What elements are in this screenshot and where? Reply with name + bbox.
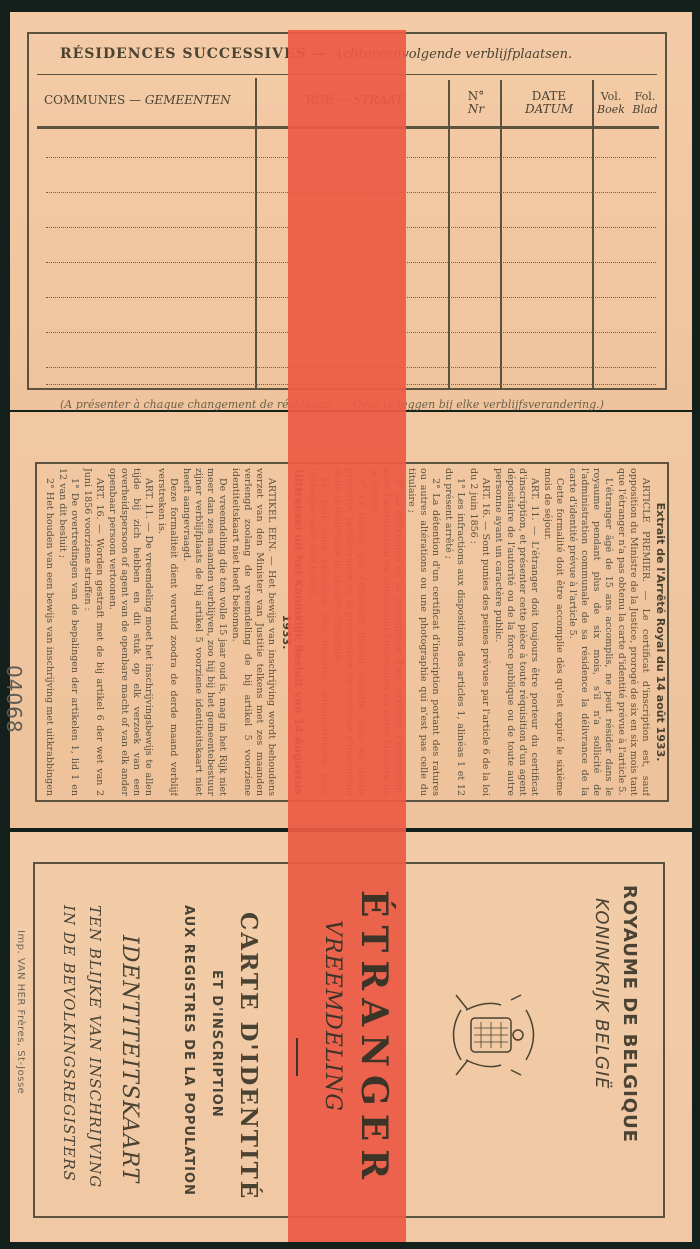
kingdom-nl: KONINKRIJK BELGIË (591, 898, 612, 1090)
nl-paragraph: ARTIKEL EEN. — Het bewijs van inschrijvi… (229, 468, 277, 796)
coat-of-arms-icon (436, 980, 546, 1090)
title-fr: CARTE D'IDENTITÉ (235, 912, 262, 1200)
fr-paragraph: Cette formalité doit être accomplie dès … (541, 468, 565, 796)
fr-paragraph: ART. 16. — Sont punies des peines prévue… (467, 468, 491, 796)
fr-paragraph: 1° Les infractions aux dispositions des … (442, 468, 466, 796)
kingdom-fr: ROYAUME DE BELGIQUE (619, 885, 640, 1143)
subtitle-nl-1: TEN BLIJKE VAN INSCHRIJVING (86, 905, 104, 1188)
subtitle-fr-2: AUX REGISTRES DE LA POPULATION (181, 905, 196, 1196)
col-header-date: DATEDATUM (506, 90, 592, 116)
printer-imprint: Imp. VAN HER Frères, St-Josse (15, 930, 26, 1094)
nl-paragraph: ART. 16. — Worden gestraft met de bij ar… (81, 468, 105, 796)
fr-paragraph: ART. 11. — L'étranger doit toujours être… (492, 468, 540, 796)
category-fr: ÉTRANGER (353, 890, 395, 1187)
nl-paragraph: Deze formaliteit dient vervuld zoodra de… (155, 468, 179, 796)
title-fr: RÉSIDENCES SUCCESSIVES (60, 46, 307, 62)
handwritten-number: 04068 (2, 665, 26, 734)
column-line (592, 80, 594, 390)
fr-paragraph: L'étranger âgé de 15 ans accomplis, ne p… (566, 468, 614, 796)
ornament-divider (296, 1038, 314, 1076)
subtitle-nl-2: IN DE BEVOLKINGSREGISTERS (60, 905, 78, 1182)
nl-paragraph: De vreemdeling die ten volle 15 jaar oud… (180, 468, 228, 796)
col-header-vol: Vol.Boek (594, 90, 628, 116)
col-header-nr: N°Nr (452, 90, 500, 116)
nl-paragraph: 2° Het houden van een bewijs van inschri… (42, 468, 55, 796)
title-nl: IDENTITEITSKAART (117, 935, 142, 1183)
column-line (500, 80, 502, 390)
nl-paragraph: 1° De overtredingen van de bepalingen de… (56, 468, 80, 796)
fr-heading: Extrait de l'Arrêté Royal du 14 août 193… (654, 468, 666, 796)
fr-paragraph: 2° La détention d'un certificat d'inscri… (405, 468, 441, 796)
col-header-fol: Fol.Blad (628, 90, 662, 116)
nl-paragraph: ART. 11. — De vreemdeling moet het insch… (106, 468, 154, 796)
column-line (255, 78, 257, 390)
fr-paragraph: ARTICLE PREMIER. — Le certificat d'inscr… (615, 468, 651, 796)
subtitle-fr-1: ET D'INSCRIPTION (209, 970, 224, 1118)
category-nl: VREEMDELING (320, 920, 345, 1112)
column-line (448, 80, 450, 390)
col-header-communes: COMMUNES — GEMEENTEN (44, 94, 254, 107)
